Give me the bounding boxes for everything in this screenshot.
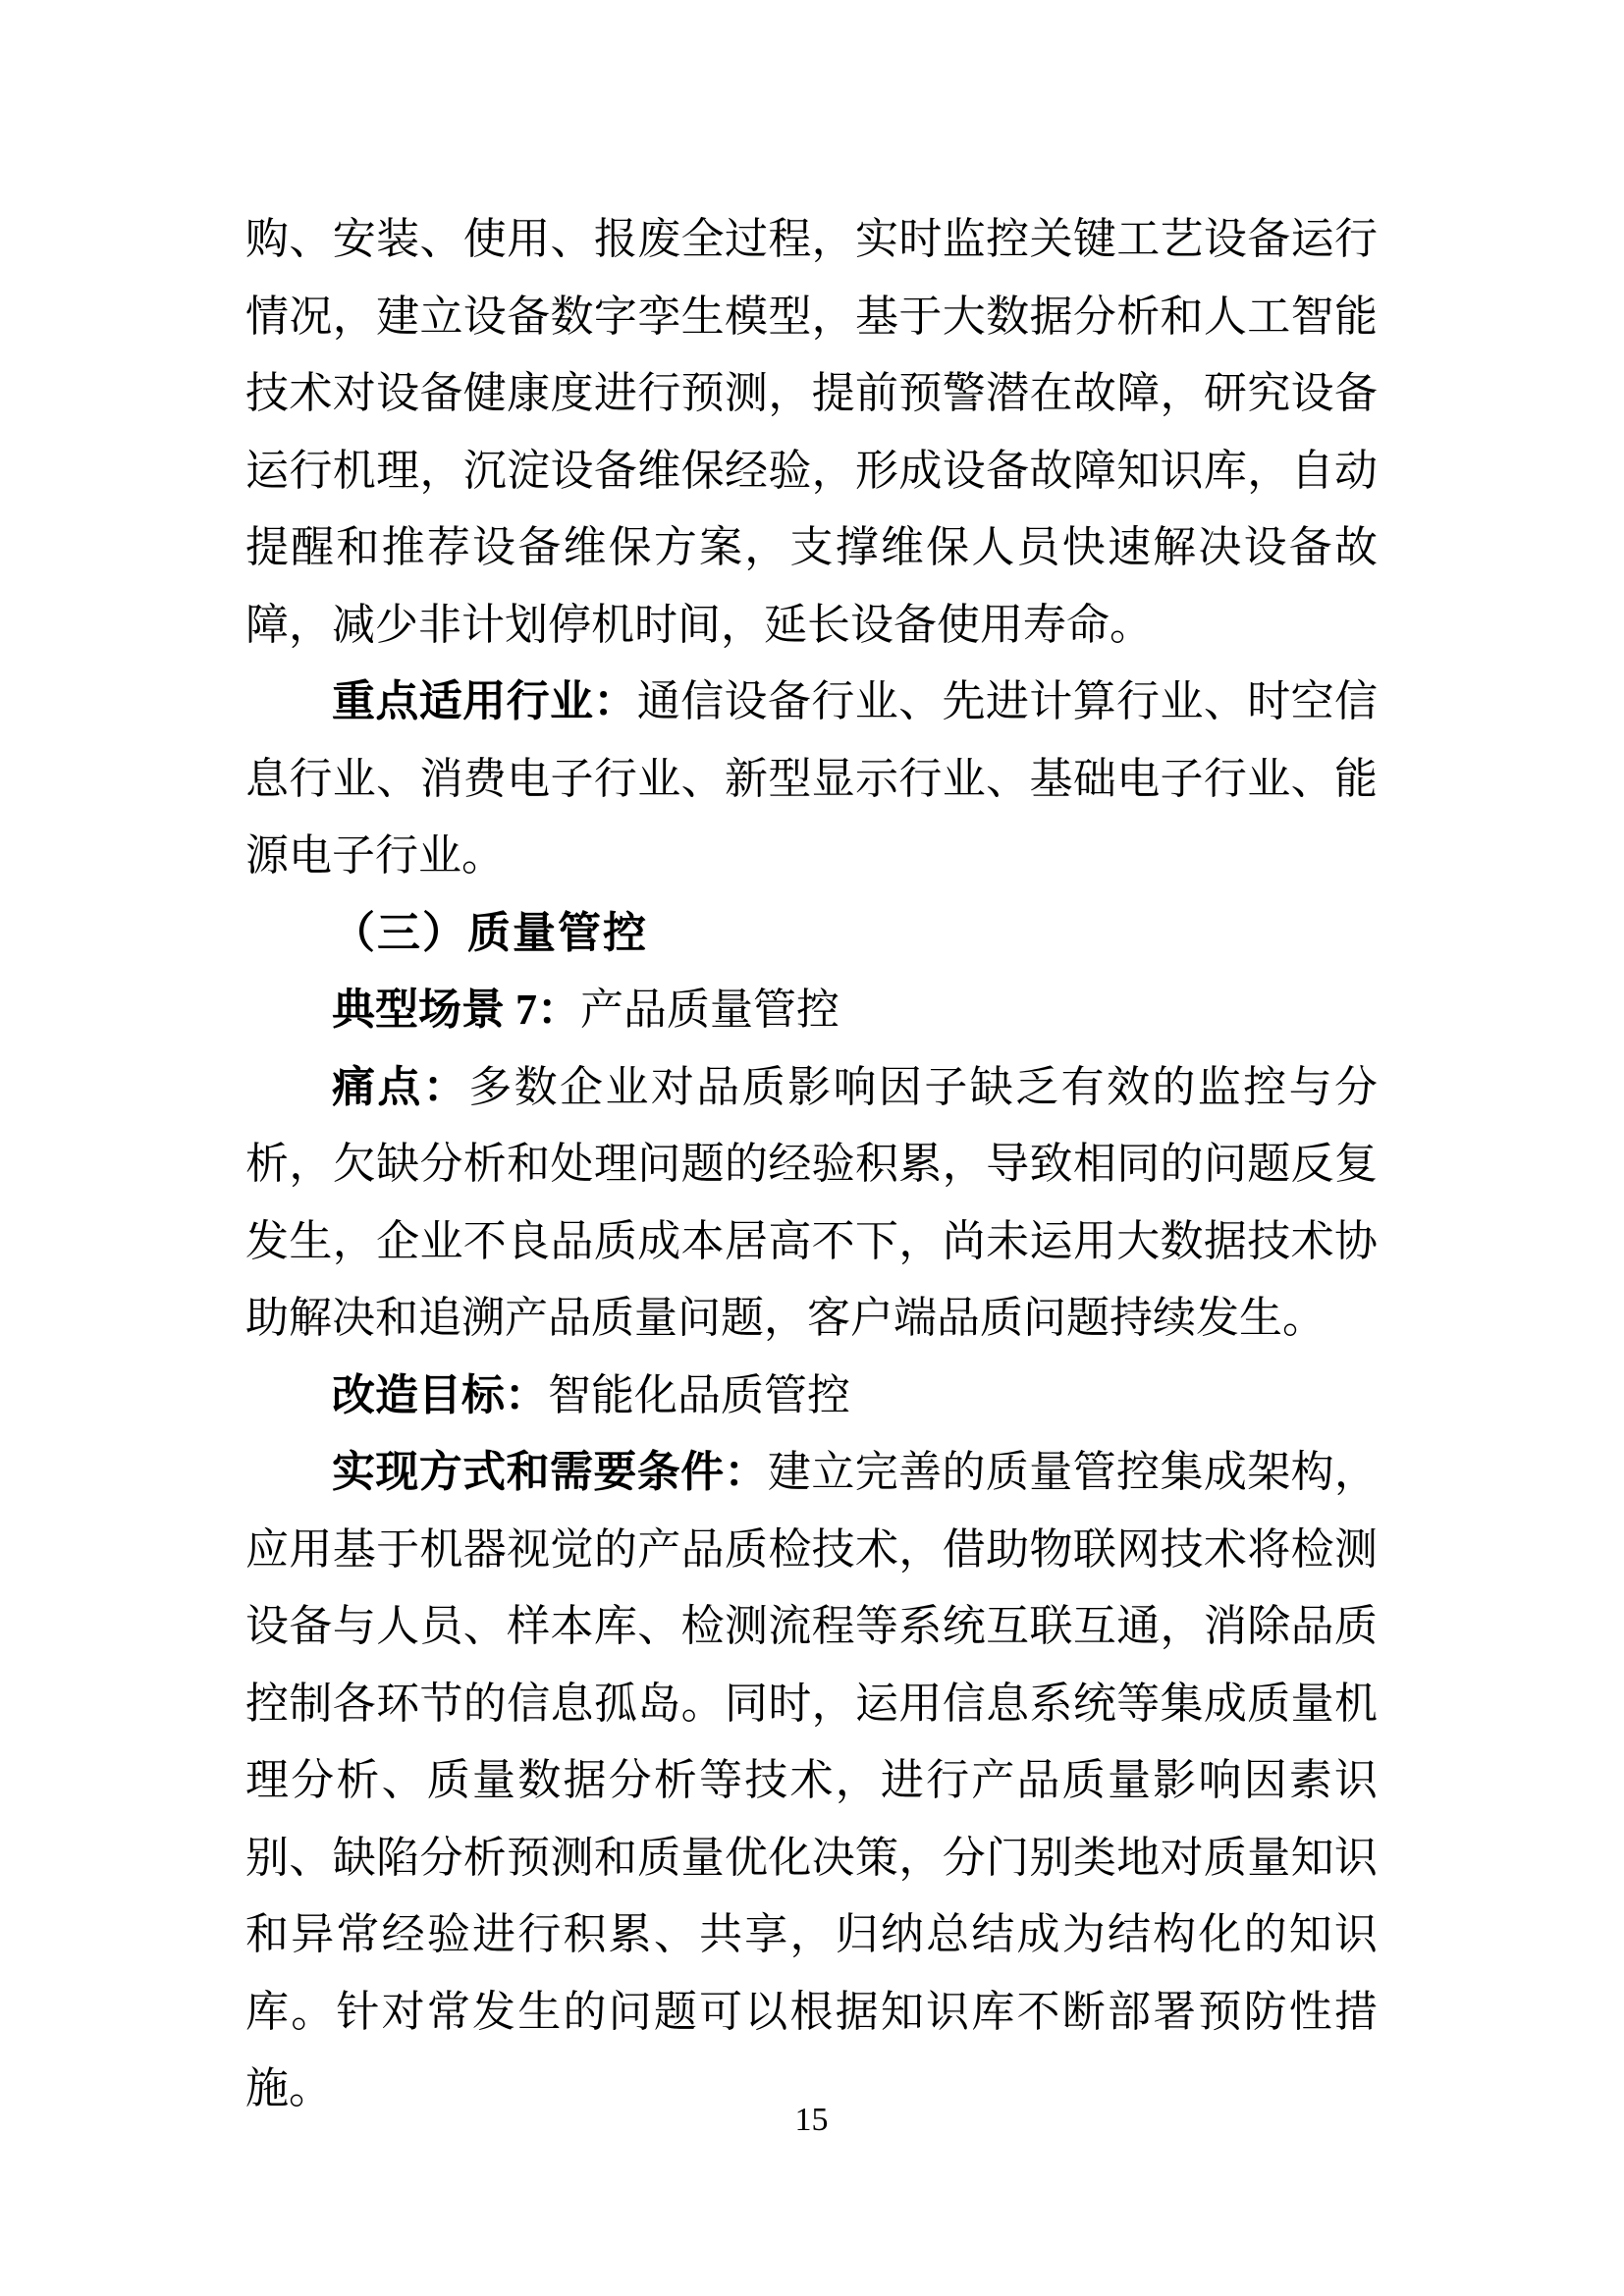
paragraph-label: 实现方式和需要条件： <box>332 1448 768 1496</box>
document-page: 购、安装、使用、报废全过程，实时监控关键工艺设备运行情况，建立设备数字孪生模型，… <box>0 0 1624 2296</box>
document-body: 购、安装、使用、报废全过程，实时监控关键工艺设备运行情况，建立设备数字孪生模型，… <box>245 201 1378 2128</box>
paragraph-key-industries: 重点适用行业：通信设备行业、先进计算行业、时空信息行业、消费电子行业、新型显示行… <box>245 664 1378 895</box>
paragraph-equipment-maintenance: 购、安装、使用、报废全过程，实时监控关键工艺设备运行情况，建立设备数字孪生模型，… <box>245 201 1378 664</box>
section-heading-quality-control: （三）质量管控 <box>245 895 1378 973</box>
scene-subheading-7: 典型场景 7：产品质量管控 <box>245 972 1378 1049</box>
paragraph-text: 智能化品质管控 <box>548 1371 850 1419</box>
page-number: 15 <box>245 2101 1378 2140</box>
scene-subheading-text: 产品质量管控 <box>580 986 839 1034</box>
paragraph-transformation-goal: 改造目标：智能化品质管控 <box>245 1358 1378 1435</box>
paragraph-implementation: 实现方式和需要条件：建立完善的质量管控集成架构，应用基于机器视觉的产品质检技术，… <box>245 1434 1378 2128</box>
paragraph-label: 重点适用行业： <box>332 677 637 725</box>
paragraph-pain-points: 痛点：多数企业对品质影响因子缺乏有效的监控与分析，欠缺分析和处理问题的经验积累，… <box>245 1049 1378 1358</box>
paragraph-label: 痛点： <box>332 1063 468 1111</box>
paragraph-label: 改造目标： <box>332 1371 548 1419</box>
section-heading-label: （三）质量管控 <box>332 909 648 957</box>
paragraph-text: 建立完善的质量管控集成架构，应用基于机器视觉的产品质检技术，借助物联网技术将检测… <box>245 1448 1378 2112</box>
scene-subheading-label: 典型场景 7： <box>332 986 580 1034</box>
paragraph-text: 购、安装、使用、报废全过程，实时监控关键工艺设备运行情况，建立设备数字孪生模型，… <box>245 215 1378 649</box>
